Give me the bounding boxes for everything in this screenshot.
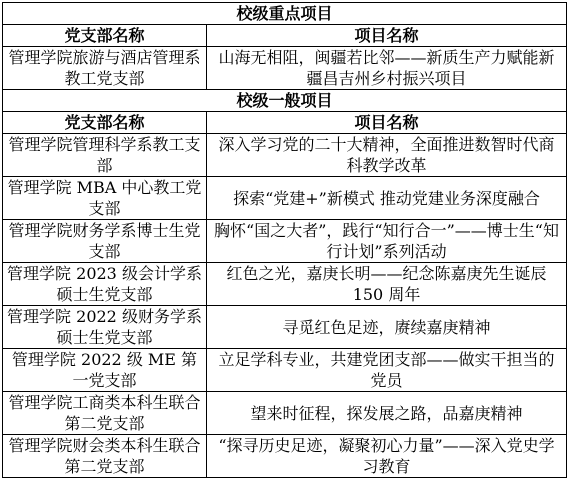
column-header-row: 党支部名称 项目名称: [3, 112, 567, 134]
table-row: 管理学院管理科学系教工支部 深入学习党的二十大精神，全面推进数智时代商科教学改革: [3, 134, 567, 177]
table-row: 管理学院 2022 级财务学系硕士生党支部 寻觅红色足迹，赓续嘉庚精神: [3, 306, 567, 349]
column-header-project: 项目名称: [207, 25, 567, 47]
table-row: 管理学院财会类本科生联合第二党支部 “探寻历史足迹，凝聚初心力量”——深入党史学…: [3, 435, 567, 478]
project-name-cell: 深入学习党的二十大精神，全面推进数智时代商科教学改革: [207, 134, 567, 177]
project-name-cell: “探寻历史足迹，凝聚初心力量”——深入党史学习教育: [207, 435, 567, 478]
column-header-branch: 党支部名称: [3, 25, 207, 47]
project-name-cell: 探索“党建+”新模式 推动党建业务深度融合: [207, 177, 567, 220]
branch-name-cell: 管理学院工商类本科生联合第二党支部: [3, 392, 207, 435]
branch-name-cell: 管理学院管理科学系教工支部: [3, 134, 207, 177]
branch-name-cell: 管理学院财务学系博士生党支部: [3, 220, 207, 263]
project-name-cell: 立足学科专业，共建党团支部——做实干担当的党员: [207, 349, 567, 392]
branch-name-cell: 管理学院 2023 级会计学系硕士生党支部: [3, 263, 207, 306]
project-name-cell: 红色之光，嘉庚长明——纪念陈嘉庚先生诞辰 150 周年: [207, 263, 567, 306]
project-name-cell: 胸怀“国之大者”，践行“知行合一”——博士生“知行计划”系列活动: [207, 220, 567, 263]
section-banner-general-projects: 校级一般项目: [3, 90, 567, 112]
column-header-row: 党支部名称 项目名称: [3, 25, 567, 47]
project-name-cell: 山海无相阻，闽疆若比邻——新质生产力赋能新疆昌吉州乡村振兴项目: [207, 47, 567, 90]
table-row: 管理学院旅游与酒店管理系教工党支部 山海无相阻，闽疆若比邻——新质生产力赋能新疆…: [3, 47, 567, 90]
table-row: 管理学院财务学系博士生党支部 胸怀“国之大者”，践行“知行合一”——博士生“知行…: [3, 220, 567, 263]
branch-name-cell: 管理学院财会类本科生联合第二党支部: [3, 435, 207, 478]
branch-name-cell: 管理学院 2022 级财务学系硕士生党支部: [3, 306, 207, 349]
section-banner-key-projects: 校级重点项目: [3, 3, 567, 25]
column-header-branch: 党支部名称: [3, 112, 207, 134]
branch-name-cell: 管理学院旅游与酒店管理系教工党支部: [3, 47, 207, 90]
branch-name-cell: 管理学院 2022 级 ME 第一党支部: [3, 349, 207, 392]
table-row: 管理学院 2022 级 ME 第一党支部 立足学科专业，共建党团支部——做实干担…: [3, 349, 567, 392]
column-header-project: 项目名称: [207, 112, 567, 134]
project-name-cell: 寻觅红色足迹，赓续嘉庚精神: [207, 306, 567, 349]
table-row: 管理学院 2023 级会计学系硕士生党支部 红色之光，嘉庚长明——纪念陈嘉庚先生…: [3, 263, 567, 306]
section-banner-row: 校级重点项目: [3, 3, 567, 25]
project-name-cell: 望来时征程，探发展之路，品嘉庚精神: [207, 392, 567, 435]
table-row: 管理学院工商类本科生联合第二党支部 望来时征程，探发展之路，品嘉庚精神: [3, 392, 567, 435]
project-table: 校级重点项目 党支部名称 项目名称 管理学院旅游与酒店管理系教工党支部 山海无相…: [2, 2, 567, 478]
table-row: 管理学院 MBA 中心教工党支部 探索“党建+”新模式 推动党建业务深度融合: [3, 177, 567, 220]
section-banner-row: 校级一般项目: [3, 90, 567, 112]
branch-name-cell: 管理学院 MBA 中心教工党支部: [3, 177, 207, 220]
